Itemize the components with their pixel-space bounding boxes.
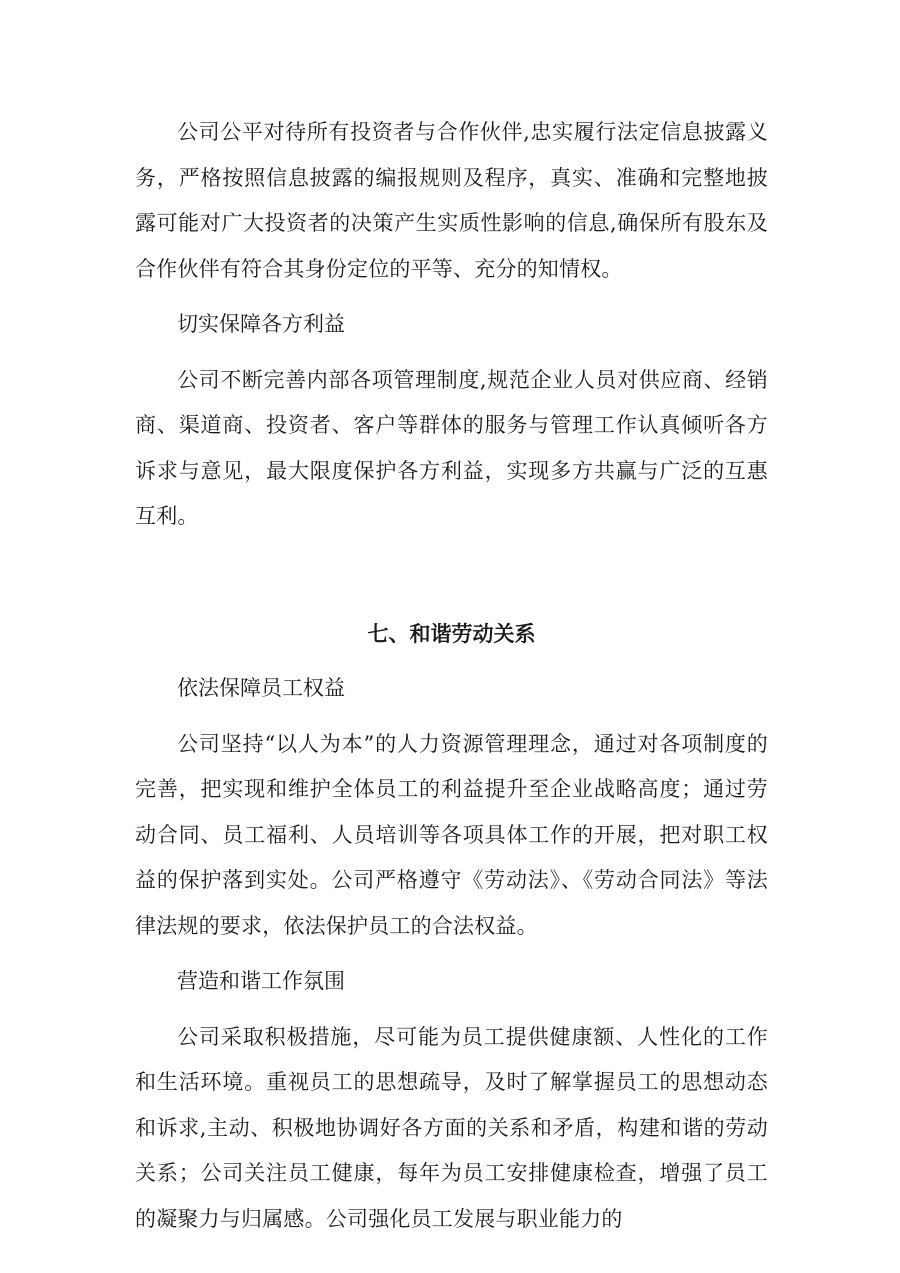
- subheading-protect-stakeholders: 切实保障各方利益: [135, 302, 768, 348]
- paragraph-work-atmosphere: 公司采取积极措施，尽可能为员工提供健康额、人性化的工作和生活环境。重视员工的思想…: [135, 1015, 768, 1243]
- section-spacer: [135, 540, 768, 611]
- document-page: 公司公平对待所有投资者与合作伙伴,忠实履行法定信息披露义务，严格按照信息披露的编…: [135, 110, 768, 1242]
- subheading-work-atmosphere: 营造和谐工作氛围: [135, 959, 768, 1005]
- paragraph-stakeholder-interests: 公司不断完善内部各项管理制度,规范企业人员对供应商、经销商、渠道商、投资者、客户…: [135, 358, 768, 540]
- paragraph-employee-rights: 公司坚持“以人为本”的人力资源管理理念，通过对各项制度的完善，把实现和维护全体员…: [135, 722, 768, 950]
- section-heading-labor-relations: 七、和谐劳动关系: [135, 611, 768, 657]
- paragraph-information-disclosure: 公司公平对待所有投资者与合作伙伴,忠实履行法定信息披露义务，严格按照信息披露的编…: [135, 110, 768, 292]
- subheading-employee-rights: 依法保障员工权益: [135, 666, 768, 712]
